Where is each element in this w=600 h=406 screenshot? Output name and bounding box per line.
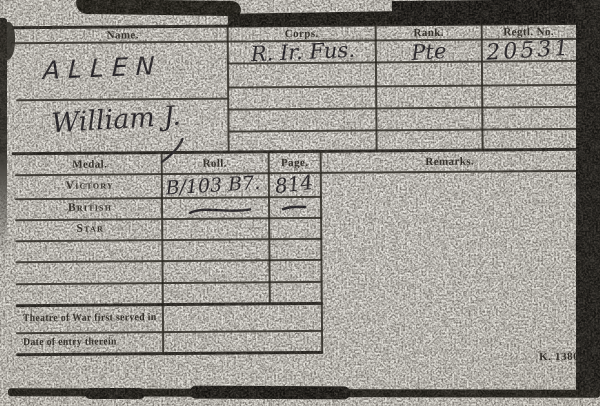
rule-line	[15, 217, 322, 221]
rule-line	[16, 302, 323, 307]
victory-page-handwriting: 814	[267, 169, 321, 199]
medal-row-british-label: British	[20, 200, 160, 215]
remarks-column-header: Remarks.	[324, 154, 576, 170]
medal-row-star-label: Star	[20, 221, 160, 236]
regtl-no-value-handwriting: 20531	[484, 36, 573, 66]
rule-line	[375, 23, 378, 151]
rule-line	[16, 98, 228, 102]
scan-artifact-bottom-blob	[190, 386, 350, 400]
scan-artifact-top-left	[76, 0, 241, 16]
surname-handwriting: ALLEN	[43, 51, 163, 85]
medal-column-header: Medal.	[20, 157, 160, 172]
rule-line	[228, 106, 577, 111]
card-content: Name. Corps. Rank. Regtl. No. ALLEN Will…	[0, 0, 600, 406]
ditto-mark-page	[281, 203, 307, 213]
rule-line	[16, 330, 323, 334]
rule-line	[481, 23, 484, 151]
scan-artifact-top-right	[392, 0, 600, 25]
rule-line	[15, 259, 322, 263]
forenames-handwriting: William J.	[51, 101, 182, 140]
date-of-entry-label: Date of entry therein	[23, 335, 117, 350]
medal-row-victory-label: Victory	[20, 178, 160, 193]
page-column-header: Page.	[270, 156, 320, 170]
scan-artifact-right-band	[576, 0, 600, 393]
rule-line	[16, 281, 323, 285]
rule-line	[15, 238, 322, 242]
rule-line	[228, 84, 577, 89]
rule-line	[16, 351, 323, 356]
scan-artifact-left-blob	[0, 22, 15, 60]
scan-artifact-bottom-blob-small	[85, 388, 145, 399]
rule-line	[228, 128, 577, 133]
name-column-header: Name.	[19, 28, 227, 44]
roll-column-header: Roll.	[164, 156, 266, 171]
medal-index-card-scan: Name. Corps. Rank. Regtl. No. ALLEN Will…	[0, 0, 600, 406]
theatre-of-war-label: Theatre of War first served in	[23, 311, 157, 326]
rule-line	[320, 151, 324, 353]
ditto-mark-roll	[188, 203, 254, 218]
